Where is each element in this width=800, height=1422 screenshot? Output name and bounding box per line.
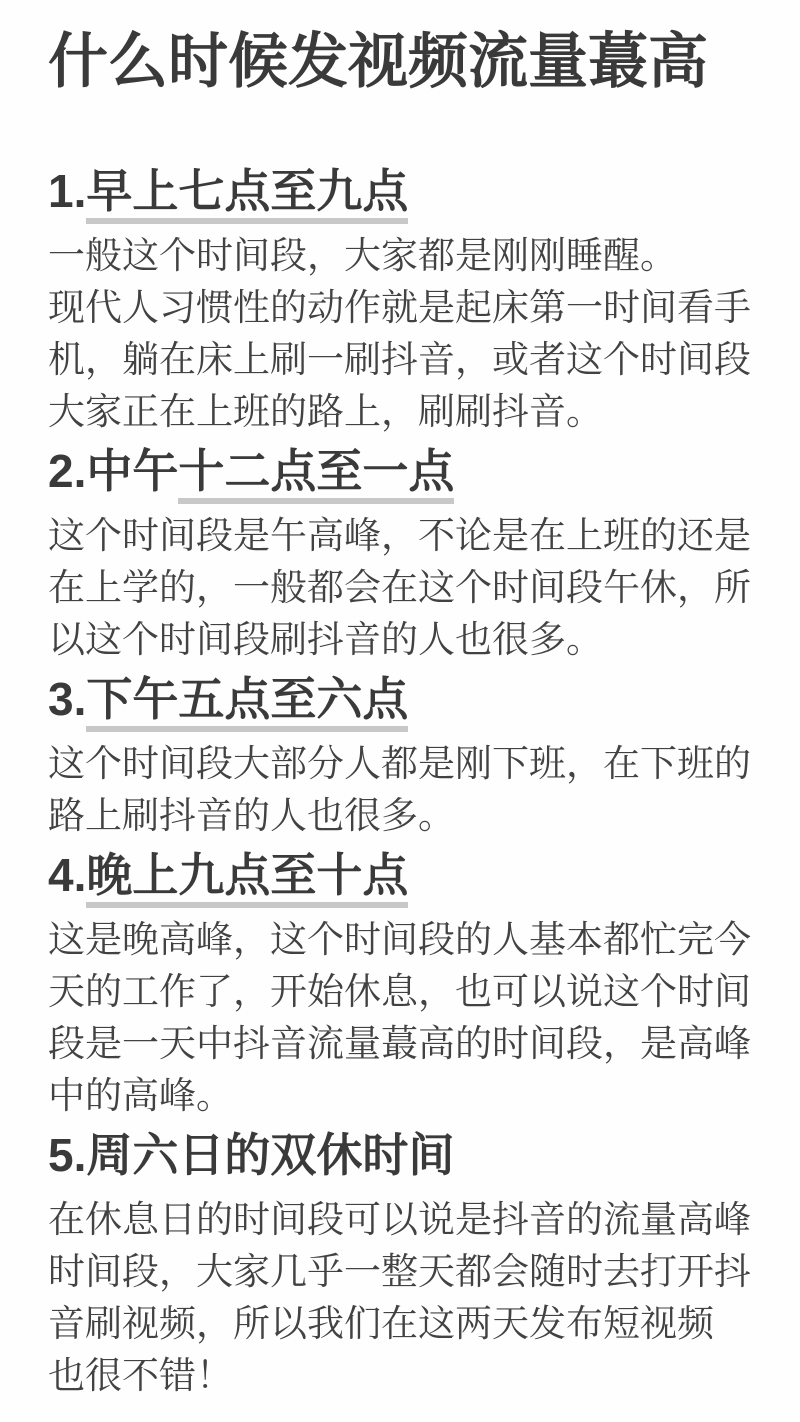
- section-4-heading: 4.晚上九点至十点: [48, 850, 752, 900]
- section-3-heading-underlined: 下午五点至六点: [86, 673, 408, 732]
- body-line: 路上刷抖音的人也很多。: [48, 790, 752, 842]
- section-1-number: 1.: [48, 165, 86, 217]
- section-1-heading-underlined: 早上七点至九点: [86, 165, 408, 224]
- body-line: 机，躺在床上刷一刷抖音，或者这个时间段: [48, 334, 752, 386]
- section-4-number: 4.: [48, 849, 86, 901]
- page-title: 什么时候发视频流量蕞高: [48, 30, 752, 94]
- body-line: 大家正在上班的路上，刷刷抖音。: [48, 386, 752, 438]
- section-1: 1.早上七点至九点 一般这个时间段，大家都是刚刚睡醒。 现代人习惯性的动作就是起…: [48, 166, 752, 438]
- section-2-heading: 2.中午十二点至一点: [48, 446, 752, 496]
- section-4: 4.晚上九点至十点 这是晚高峰，这个时间段的人基本都忙完今 天的工作了，开始休息…: [48, 850, 752, 1122]
- body-line: 时间段，大家几乎一整天都会随时去打开抖: [48, 1246, 752, 1298]
- section-2-body: 这个时间段是午高峰，不论是在上班的还是 在上学的，一般都会在这个时间段午休，所 …: [48, 510, 752, 666]
- article-page: 什么时候发视频流量蕞高 1.早上七点至九点 一般这个时间段，大家都是刚刚睡醒。 …: [0, 0, 800, 1422]
- section-2: 2.中午十二点至一点 这个时间段是午高峰，不论是在上班的还是 在上学的，一般都会…: [48, 446, 752, 666]
- body-line: 以这个时间段刷抖音的人也很多。: [48, 614, 752, 666]
- section-2-heading-plain: 中午: [86, 445, 178, 497]
- body-line: 也很不错！: [48, 1350, 752, 1402]
- body-line: 音刷视频，所以我们在这两天发布短视频: [48, 1298, 752, 1350]
- section-4-body: 这是晚高峰，这个时间段的人基本都忙完今 天的工作了，开始休息，也可以说这个时间 …: [48, 914, 752, 1122]
- section-3-body: 这个时间段大部分人都是刚下班，在下班的 路上刷抖音的人也很多。: [48, 738, 752, 842]
- body-line: 天的工作了，开始休息，也可以说这个时间: [48, 966, 752, 1018]
- body-line: 这个时间段大部分人都是刚下班，在下班的: [48, 738, 752, 790]
- section-2-number: 2.: [48, 445, 86, 497]
- section-3: 3.下午五点至六点 这个时间段大部分人都是刚下班，在下班的 路上刷抖音的人也很多…: [48, 674, 752, 842]
- section-5-number: 5.: [48, 1129, 86, 1181]
- section-4-heading-underlined: 晚上九点至十点: [86, 849, 408, 908]
- section-3-heading: 3.下午五点至六点: [48, 674, 752, 724]
- body-line: 这个时间段是午高峰，不论是在上班的还是: [48, 510, 752, 562]
- body-line: 现代人习惯性的动作就是起床第一时间看手: [48, 282, 752, 334]
- section-5: 5.周六日的双休时间 在休息日的时间段可以说是抖音的流量高峰 时间段，大家几乎一…: [48, 1130, 752, 1402]
- section-3-number: 3.: [48, 673, 86, 725]
- body-line: 这是晚高峰，这个时间段的人基本都忙完今: [48, 914, 752, 966]
- body-line: 中的高峰。: [48, 1070, 752, 1122]
- body-line: 在休息日的时间段可以说是抖音的流量高峰: [48, 1194, 752, 1246]
- section-5-heading: 5.周六日的双休时间: [48, 1130, 752, 1180]
- body-line: 段是一天中抖音流量蕞高的时间段，是高峰: [48, 1018, 752, 1070]
- section-5-heading-plain: 周六日的双休时间: [86, 1129, 454, 1181]
- section-5-body: 在休息日的时间段可以说是抖音的流量高峰 时间段，大家几乎一整天都会随时去打开抖 …: [48, 1194, 752, 1402]
- section-1-heading: 1.早上七点至九点: [48, 166, 752, 216]
- body-line: 一般这个时间段，大家都是刚刚睡醒。: [48, 230, 752, 282]
- section-2-heading-underlined: 十二点至一点: [178, 445, 454, 504]
- body-line: 在上学的，一般都会在这个时间段午休，所: [48, 562, 752, 614]
- section-1-body: 一般这个时间段，大家都是刚刚睡醒。 现代人习惯性的动作就是起床第一时间看手 机，…: [48, 230, 752, 438]
